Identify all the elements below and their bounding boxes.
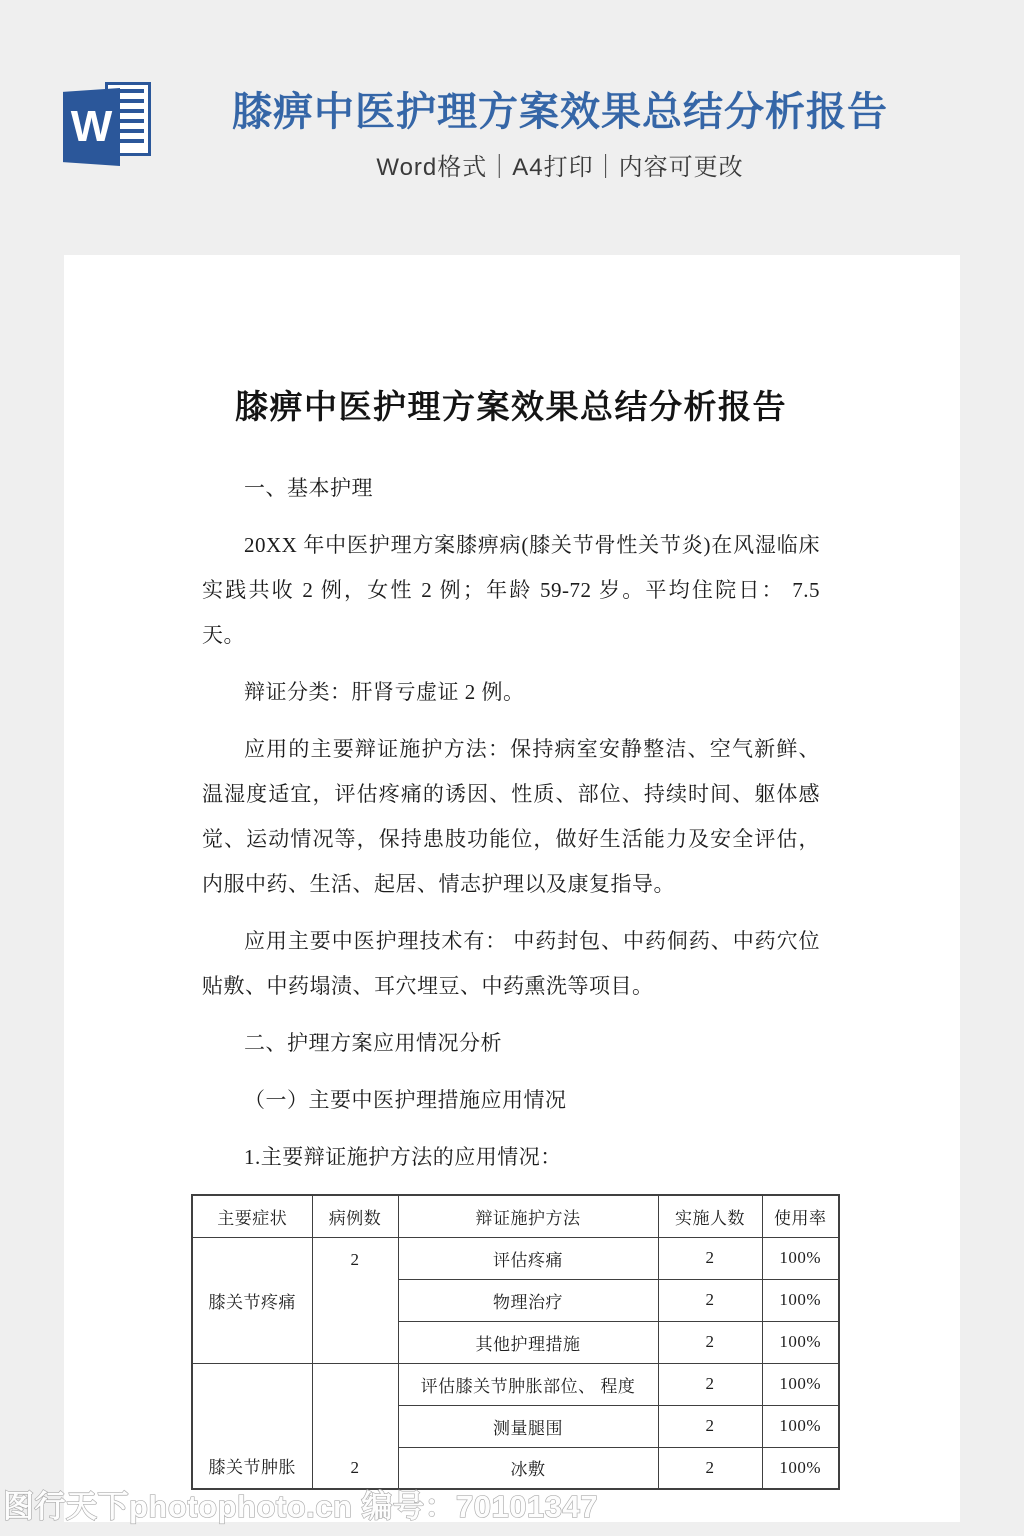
table-row: 膝关节肿胀2评估膝关节肿胀部位、 程度2100% — [192, 1363, 839, 1405]
paragraph: 辩证分类：肝肾亏虚证 2 例。 — [202, 670, 820, 715]
paragraph: 应用主要中医护理技术有： 中药封包、中药侗药、中药穴位贴敷、中药塌渍、耳穴埋豆、… — [202, 919, 820, 1009]
page-background: W 膝痹中医护理方案效果总结分析报告 Word格式｜A4打印｜内容可更改 膝痹中… — [0, 0, 1024, 1536]
paragraph: 20XX 年中医护理方案膝痹病(膝关节骨性关节炎)在风湿临床实践共收 2 例，女… — [202, 523, 820, 658]
document-content: 膝痹中医护理方案效果总结分析报告 一、基本护理20XX 年中医护理方案膝痹病(膝… — [64, 381, 960, 1490]
paragraph: （一）主要中医护理措施应用情况 — [202, 1078, 820, 1123]
method-cell: 评估膝关节肿胀部位、 程度 — [398, 1363, 658, 1405]
document-title: 膝痹中医护理方案效果总结分析报告 — [202, 381, 820, 428]
count-cell: 2 — [658, 1237, 762, 1279]
count-cell: 2 — [658, 1279, 762, 1321]
document-body: 一、基本护理20XX 年中医护理方案膝痹病(膝关节骨性关节炎)在风湿临床实践共收… — [202, 466, 820, 1180]
document-page: 膝痹中医护理方案效果总结分析报告 一、基本护理20XX 年中医护理方案膝痹病(膝… — [64, 255, 960, 1522]
table-head: 主要症状病例数辩证施护方法实施人数使用率 — [192, 1195, 839, 1237]
method-cell: 其他护理措施 — [398, 1321, 658, 1363]
table-header-cell: 主要症状 — [192, 1195, 312, 1237]
table-header-cell: 辩证施护方法 — [398, 1195, 658, 1237]
measures-table: 主要症状病例数辩证施护方法实施人数使用率 膝关节疼痛2评估疼痛2100%物理治疗… — [191, 1194, 840, 1490]
listing-subtitle: Word格式｜A4打印｜内容可更改 — [170, 154, 950, 182]
table-header-cell: 实施人数 — [658, 1195, 762, 1237]
header-text: 膝痹中医护理方案效果总结分析报告 Word格式｜A4打印｜内容可更改 — [170, 88, 950, 182]
header: W 膝痹中医护理方案效果总结分析报告 Word格式｜A4打印｜内容可更改 — [0, 0, 1024, 255]
rate-cell: 100% — [762, 1405, 839, 1447]
symptom-cell: 膝关节疼痛 — [192, 1237, 312, 1363]
table-body: 膝关节疼痛2评估疼痛2100%物理治疗2100%其他护理措施2100%膝关节肿胀… — [192, 1237, 839, 1489]
paragraph: 1.主要辩证施护方法的应用情况： — [202, 1135, 820, 1180]
method-cell: 冰敷 — [398, 1447, 658, 1489]
rate-cell: 100% — [762, 1447, 839, 1489]
rate-cell: 100% — [762, 1279, 839, 1321]
table-header-cell: 使用率 — [762, 1195, 839, 1237]
count-cell: 2 — [658, 1405, 762, 1447]
paragraph: 一、基本护理 — [202, 466, 820, 511]
method-cell: 物理治疗 — [398, 1279, 658, 1321]
cases-cell: 2 — [312, 1363, 398, 1489]
method-cell: 测量腿围 — [398, 1405, 658, 1447]
count-cell: 2 — [658, 1363, 762, 1405]
table-header-row: 主要症状病例数辩证施护方法实施人数使用率 — [192, 1195, 839, 1237]
listing-title: 膝痹中医护理方案效果总结分析报告 — [170, 88, 950, 136]
count-cell: 2 — [658, 1447, 762, 1489]
symptom-cell: 膝关节肿胀 — [192, 1363, 312, 1489]
table-header-cell: 病例数 — [312, 1195, 398, 1237]
word-icon-letter: W — [63, 88, 120, 166]
paragraph: 二、护理方案应用情况分析 — [202, 1021, 820, 1066]
watermark: 图行天下photophoto.cn 编号：70101347 — [3, 1489, 598, 1525]
paragraph: 应用的主要辩证施护方法：保持病室安静整洁、空气新鲜、温湿度适宜，评估疼痛的诱因、… — [202, 727, 820, 907]
rate-cell: 100% — [762, 1363, 839, 1405]
rate-cell: 100% — [762, 1237, 839, 1279]
method-cell: 评估疼痛 — [398, 1237, 658, 1279]
rate-cell: 100% — [762, 1321, 839, 1363]
cases-cell: 2 — [312, 1237, 398, 1363]
count-cell: 2 — [658, 1321, 762, 1363]
word-icon: W — [63, 80, 151, 168]
table-row: 膝关节疼痛2评估疼痛2100% — [192, 1237, 839, 1279]
